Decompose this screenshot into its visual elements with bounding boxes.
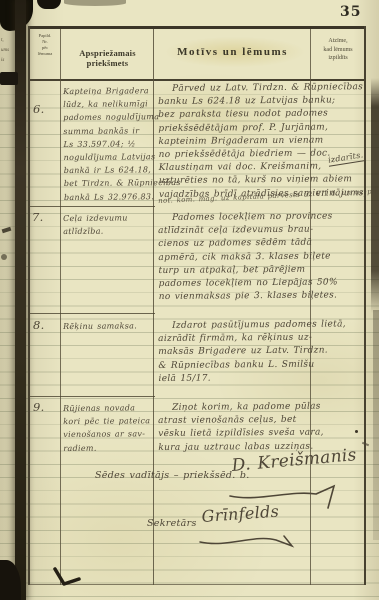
handwritten-line: maksās Brigadere uz Latv. Tirdzn. [158, 345, 346, 360]
entry-decision: Ziņot korim, ka padome pūlasatrast vieno… [158, 401, 324, 455]
table-top-rule [28, 26, 366, 29]
entry-subject: Ceļa izdevumuatlīdzība. [63, 211, 128, 238]
scanned-ledger-page: t, ums is 35 Papild. Nr. pēc lēmuma Apsp… [0, 0, 379, 600]
column-header-index: Papild. Nr. pēc lēmuma [30, 33, 60, 57]
handwritten-line: banku Ls 624.18 uz Latvijas banku; [158, 94, 366, 109]
page-edge-shadow-right-lower [373, 310, 379, 540]
handwritten-line: vēsku lietā izpildīsies sveša vara, [158, 427, 324, 442]
binding-shadow-left [0, 72, 18, 85]
handwritten-line: apmērā, cik maksā 3. klases biļete [158, 250, 337, 265]
handwritten-line: ielā 15/17. [158, 371, 346, 386]
handwritten-line: atlīdzība. [63, 225, 128, 239]
entry-decision: Izdarot pasūtījumus padomes lietā,aizrād… [158, 318, 346, 386]
entry-number: 6. [33, 102, 45, 116]
secretary-signature-flourish [198, 534, 302, 550]
handwritten-line: cienos uz padomes sēdēm tādā [158, 237, 337, 252]
table-left-border [28, 26, 30, 585]
margin-ink-mark [1, 254, 7, 260]
entry-separator-2 [28, 313, 155, 314]
handwritten-line: kori pēc tie pateica [63, 414, 150, 428]
handwritten-line: no vienmaksas pie 3. klases biļetes. [159, 290, 338, 305]
entry-decision: Padomes locekļiem no provincesatlīdzināt… [158, 210, 338, 304]
ink-dot [355, 430, 358, 433]
bottom-pen-mark [52, 566, 84, 590]
entry-number: 9. [33, 400, 45, 414]
binding-shadow-top [37, 0, 61, 9]
handwritten-line: radiem. [63, 441, 150, 455]
chair-signature-label: Sēdes vadītājs – priekšsēd. b. [95, 470, 250, 481]
handwritten-line: uzturēties no tā, kurš no viņiem abiem [159, 173, 367, 188]
column-header-subject: Apspriežamais priekšmets [62, 48, 153, 68]
handwritten-line: Rūjienas novada [63, 401, 150, 415]
scan-smudge-top [64, 0, 126, 6]
column-header-note: Atzīme, kad lēmums izpildīts [312, 37, 364, 63]
entry-subject: Rēķinu samaksa. [63, 319, 137, 333]
entry-separator-1 [28, 206, 155, 207]
column-divider-index [60, 29, 61, 585]
secretary-signature-label: Sekretārs [147, 518, 197, 529]
handwritten-line: Ziņot korim, ka padome pūlas [158, 401, 324, 416]
entry-subject: Rūjienas novadakori pēc tie pateicavieno… [63, 401, 151, 455]
previous-page-text-fragment: t, ums is [1, 36, 15, 66]
entry-number: 8. [33, 318, 45, 332]
book-gutter-shadow [15, 0, 26, 600]
handwritten-line: Rēķinu samaksa. [63, 319, 137, 333]
handwritten-line: Izdarot pasūtījumus padomes lietā, [158, 318, 346, 333]
entry-number: 7. [32, 210, 44, 224]
handwritten-line: vienošanos ar sav- [63, 428, 150, 442]
entry-separator-3 [28, 396, 155, 397]
page-number: 35 [340, 4, 361, 20]
column-header-motive: Motīvs un lēmums [155, 46, 310, 58]
handwritten-line: Ceļa izdevumu [63, 211, 128, 225]
entry-decision: Pārved uz Latv. Tirdzn. & Rūpniecībasban… [158, 81, 367, 201]
